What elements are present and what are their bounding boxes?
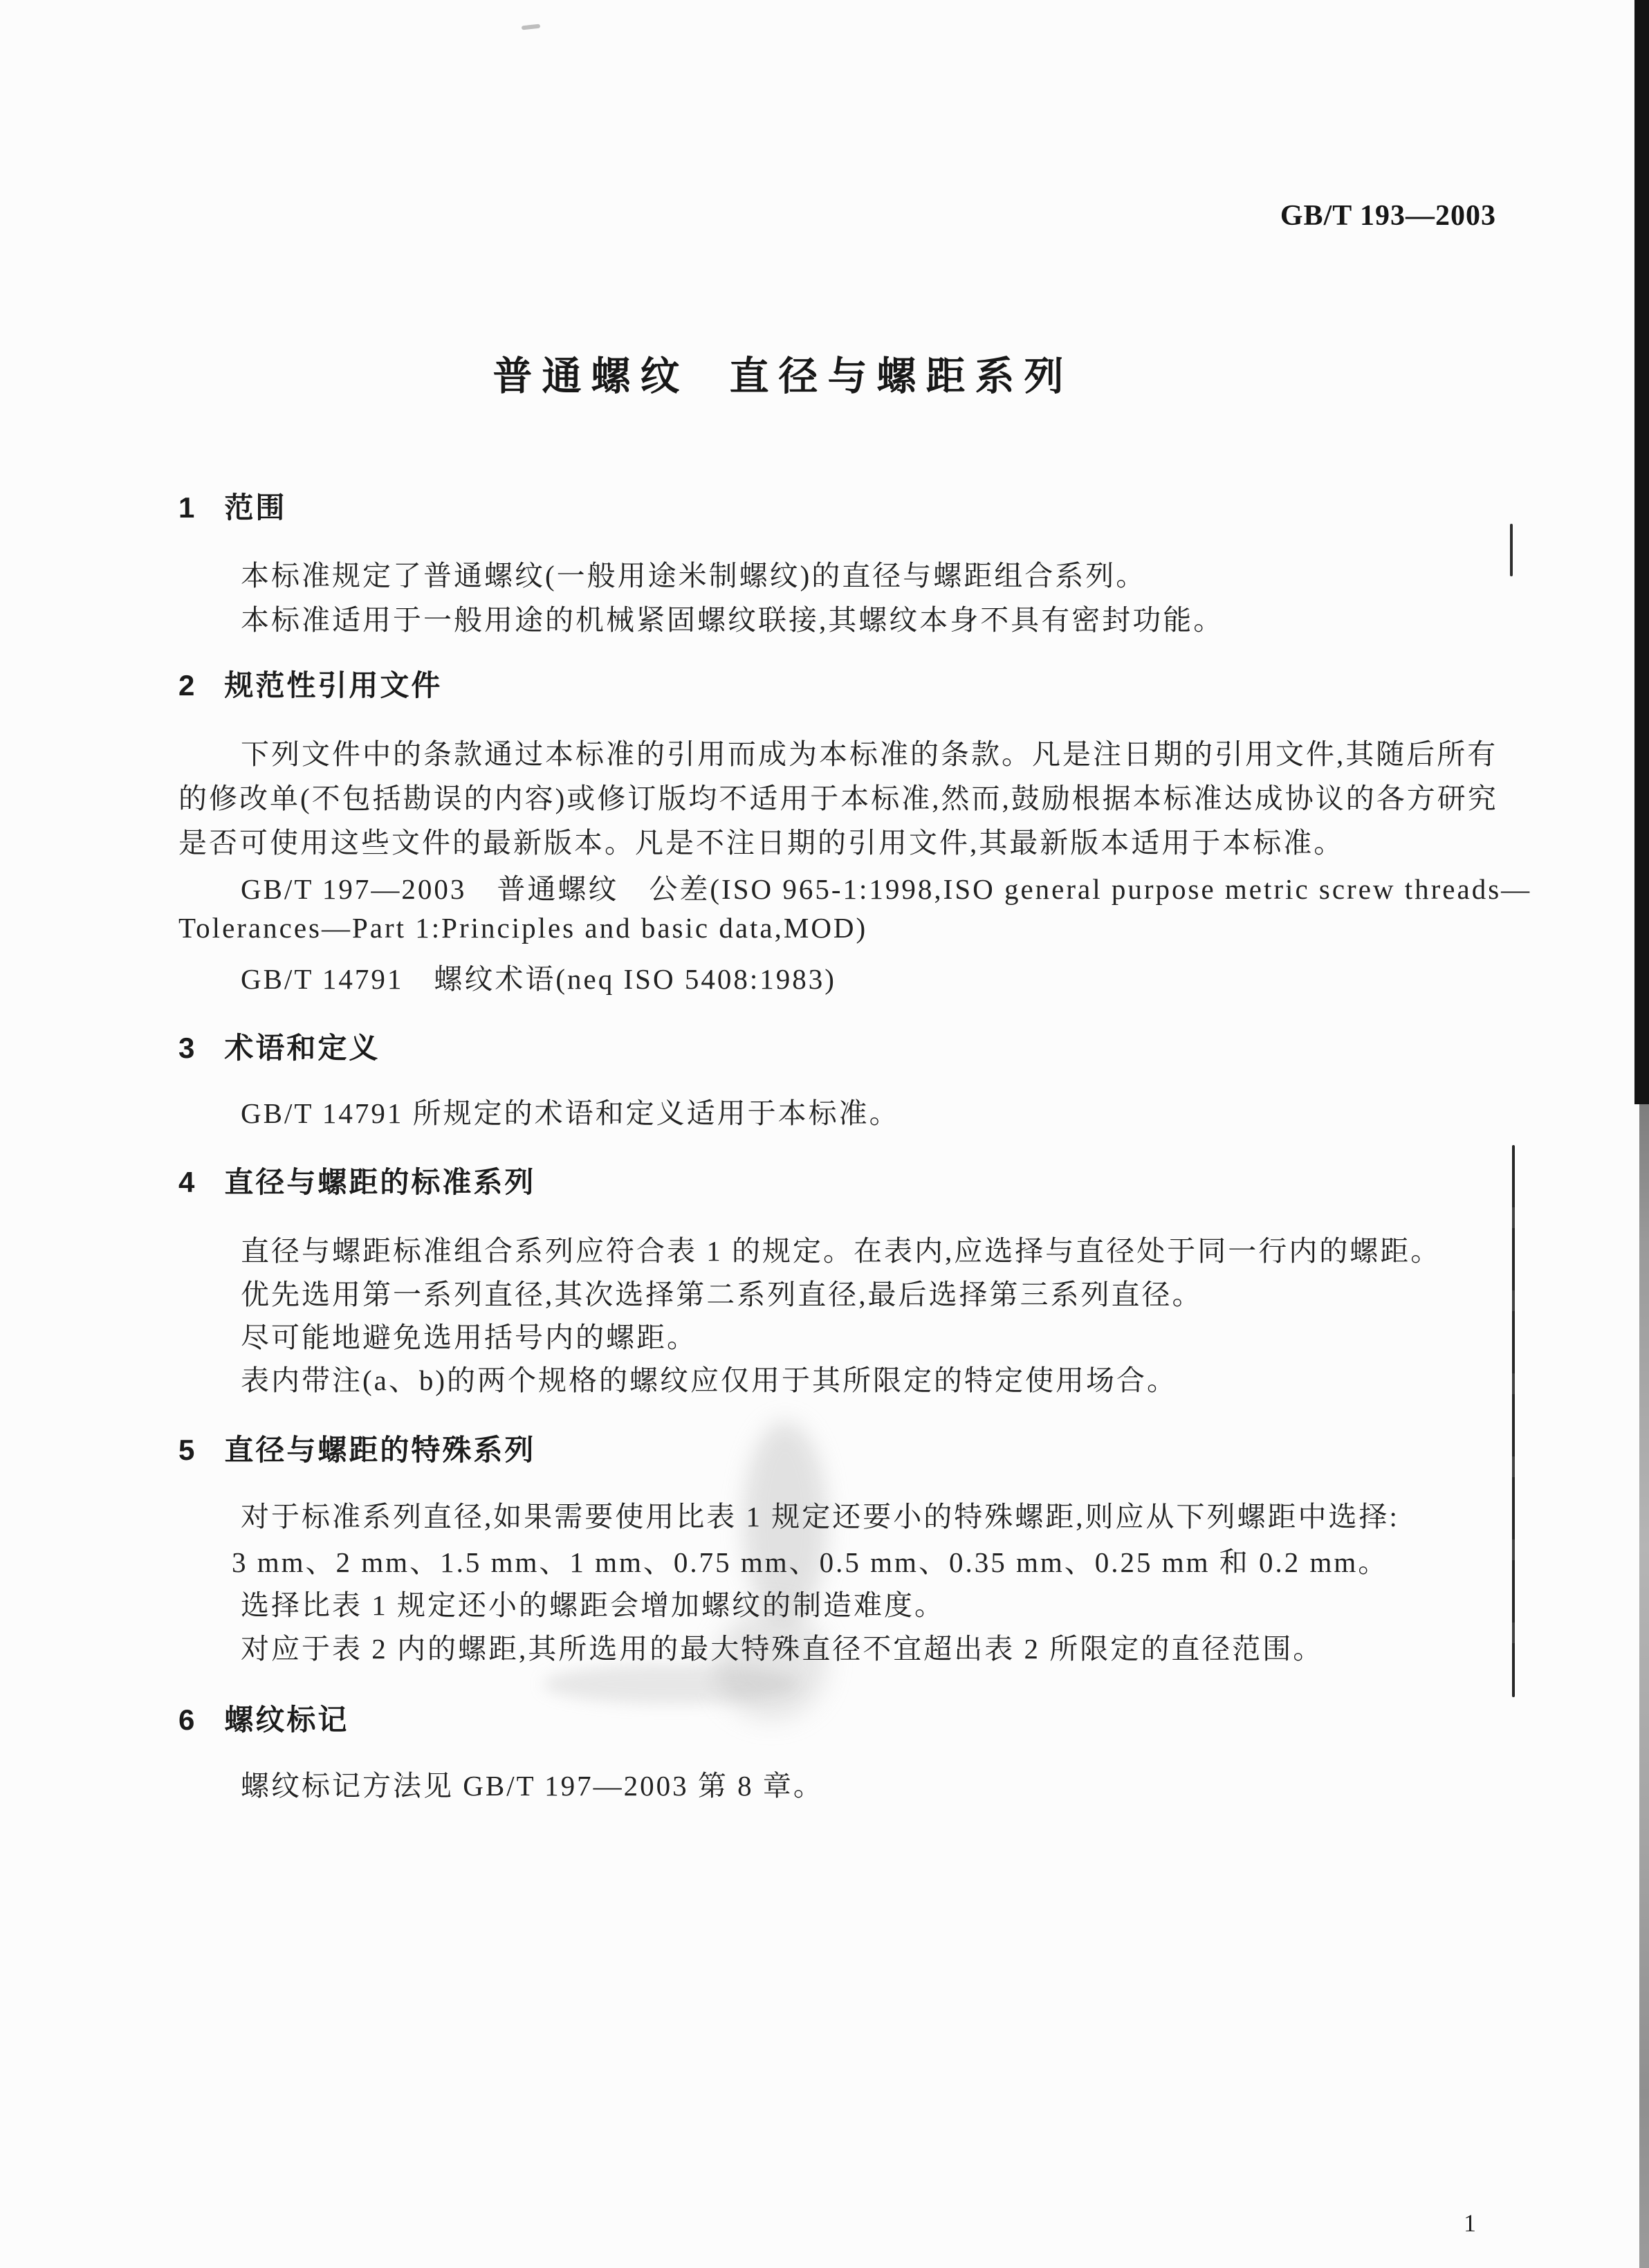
document-title: 普通螺纹直径与螺距系列: [0, 345, 1566, 401]
text-line: Tolerances—Part 1:Principles and basic d…: [178, 911, 867, 944]
scan-smudge: [543, 1664, 799, 1704]
section-number: 2: [178, 669, 196, 702]
section-number: 1: [178, 491, 196, 524]
text-line: GB/T 14791 螺纹术语(neq ISO 5408:1983): [241, 956, 836, 997]
section-label: 螺纹标记: [224, 1697, 349, 1739]
text-line: 直径与螺距标准组合系列应符合表 1 的规定。在表内,应选择与直径处于同一行内的螺…: [241, 1228, 1441, 1269]
text-line: GB/T 14791 所规定的术语和定义适用于本标准。: [241, 1090, 900, 1131]
section-label: 规范性引用文件: [224, 663, 442, 704]
section-heading-3: 3术语和定义: [178, 1025, 380, 1067]
section-number: 4: [178, 1166, 196, 1199]
scan-mark: [522, 24, 540, 30]
section-heading-6: 6螺纹标记: [178, 1697, 349, 1739]
section-label: 范围: [224, 485, 286, 527]
section-label: 术语和定义: [224, 1025, 380, 1067]
text-line: 表内带注(a、b)的两个规格的螺纹应仅用于其所限定的特定使用场合。: [241, 1357, 1177, 1398]
text-line: 螺纹标记方法见 GB/T 197—2003 第 8 章。: [241, 1763, 824, 1804]
section-number: 6: [178, 1703, 196, 1737]
text-line: 本标准规定了普通螺纹(一般用途米制螺纹)的直径与螺距组合系列。: [241, 553, 1146, 594]
section-heading-1: 1范围: [178, 485, 286, 527]
section-heading-4: 4直径与螺距的标准系列: [178, 1160, 535, 1201]
section-heading-5: 5直径与螺距的特殊系列: [178, 1427, 535, 1469]
text-line: 下列文件中的条款通过本标准的引用而成为本标准的条款。凡是注日期的引用文件,其随后…: [241, 731, 1498, 772]
text-line: 的修改单(不包括勘误的内容)或修订版均不适用于本标准,然而,鼓励根据本标准达成协…: [178, 776, 1498, 816]
text-line: 3 mm、2 mm、1.5 mm、1 mm、0.75 mm、0.5 mm、0.3…: [232, 1539, 1388, 1580]
text-line: 本标准适用于一般用途的机械紧固螺纹联接,其螺纹本身不具有密封功能。: [241, 597, 1224, 638]
text-line: 尽可能地避免选用括号内的螺距。: [241, 1315, 697, 1355]
text-line: GB/T 197—2003 普通螺纹 公差(ISO 965-1:1998,ISO…: [241, 866, 1531, 907]
section-label: 直径与螺距的标准系列: [224, 1160, 535, 1201]
document-page: GB/T 193—2003 普通螺纹直径与螺距系列 1范围 本标准规定了普通螺纹…: [0, 0, 1649, 2268]
text-line: 优先选用第一系列直径,其次选择第二系列直径,最后选择第三系列直径。: [241, 1272, 1203, 1313]
text-line: 是否可使用这些文件的最新版本。凡是不注日期的引用文件,其最新版本适用于本标准。: [178, 820, 1344, 861]
section-number: 3: [178, 1032, 196, 1065]
text-line: 对应于表 2 内的螺距,其所选用的最大特殊直径不宜超出表 2 所限定的直径范围。: [241, 1626, 1323, 1667]
section-label: 直径与螺距的特殊系列: [224, 1427, 535, 1469]
document-title-part2: 直径与螺距系列: [730, 354, 1074, 399]
change-bar-sections-4-5: [1512, 1145, 1515, 1697]
change-bar-section-1: [1510, 524, 1513, 576]
document-title-part1: 普通螺纹: [493, 354, 690, 399]
document-code: GB/T 193—2003: [1280, 199, 1496, 232]
scan-edge-dark: [1634, 0, 1649, 1104]
section-heading-2: 2规范性引用文件: [178, 663, 442, 704]
section-number: 5: [178, 1434, 196, 1467]
text-line: 对于标准系列直径,如果需要使用比表 1 规定还要小的特殊螺距,则应从下列螺距中选…: [241, 1494, 1399, 1535]
scan-edge-gray: [1639, 1104, 1649, 2268]
text-line: 选择比表 1 规定还小的螺距会增加螺纹的制造难度。: [241, 1582, 945, 1623]
page-number: 1: [1464, 2208, 1476, 2238]
